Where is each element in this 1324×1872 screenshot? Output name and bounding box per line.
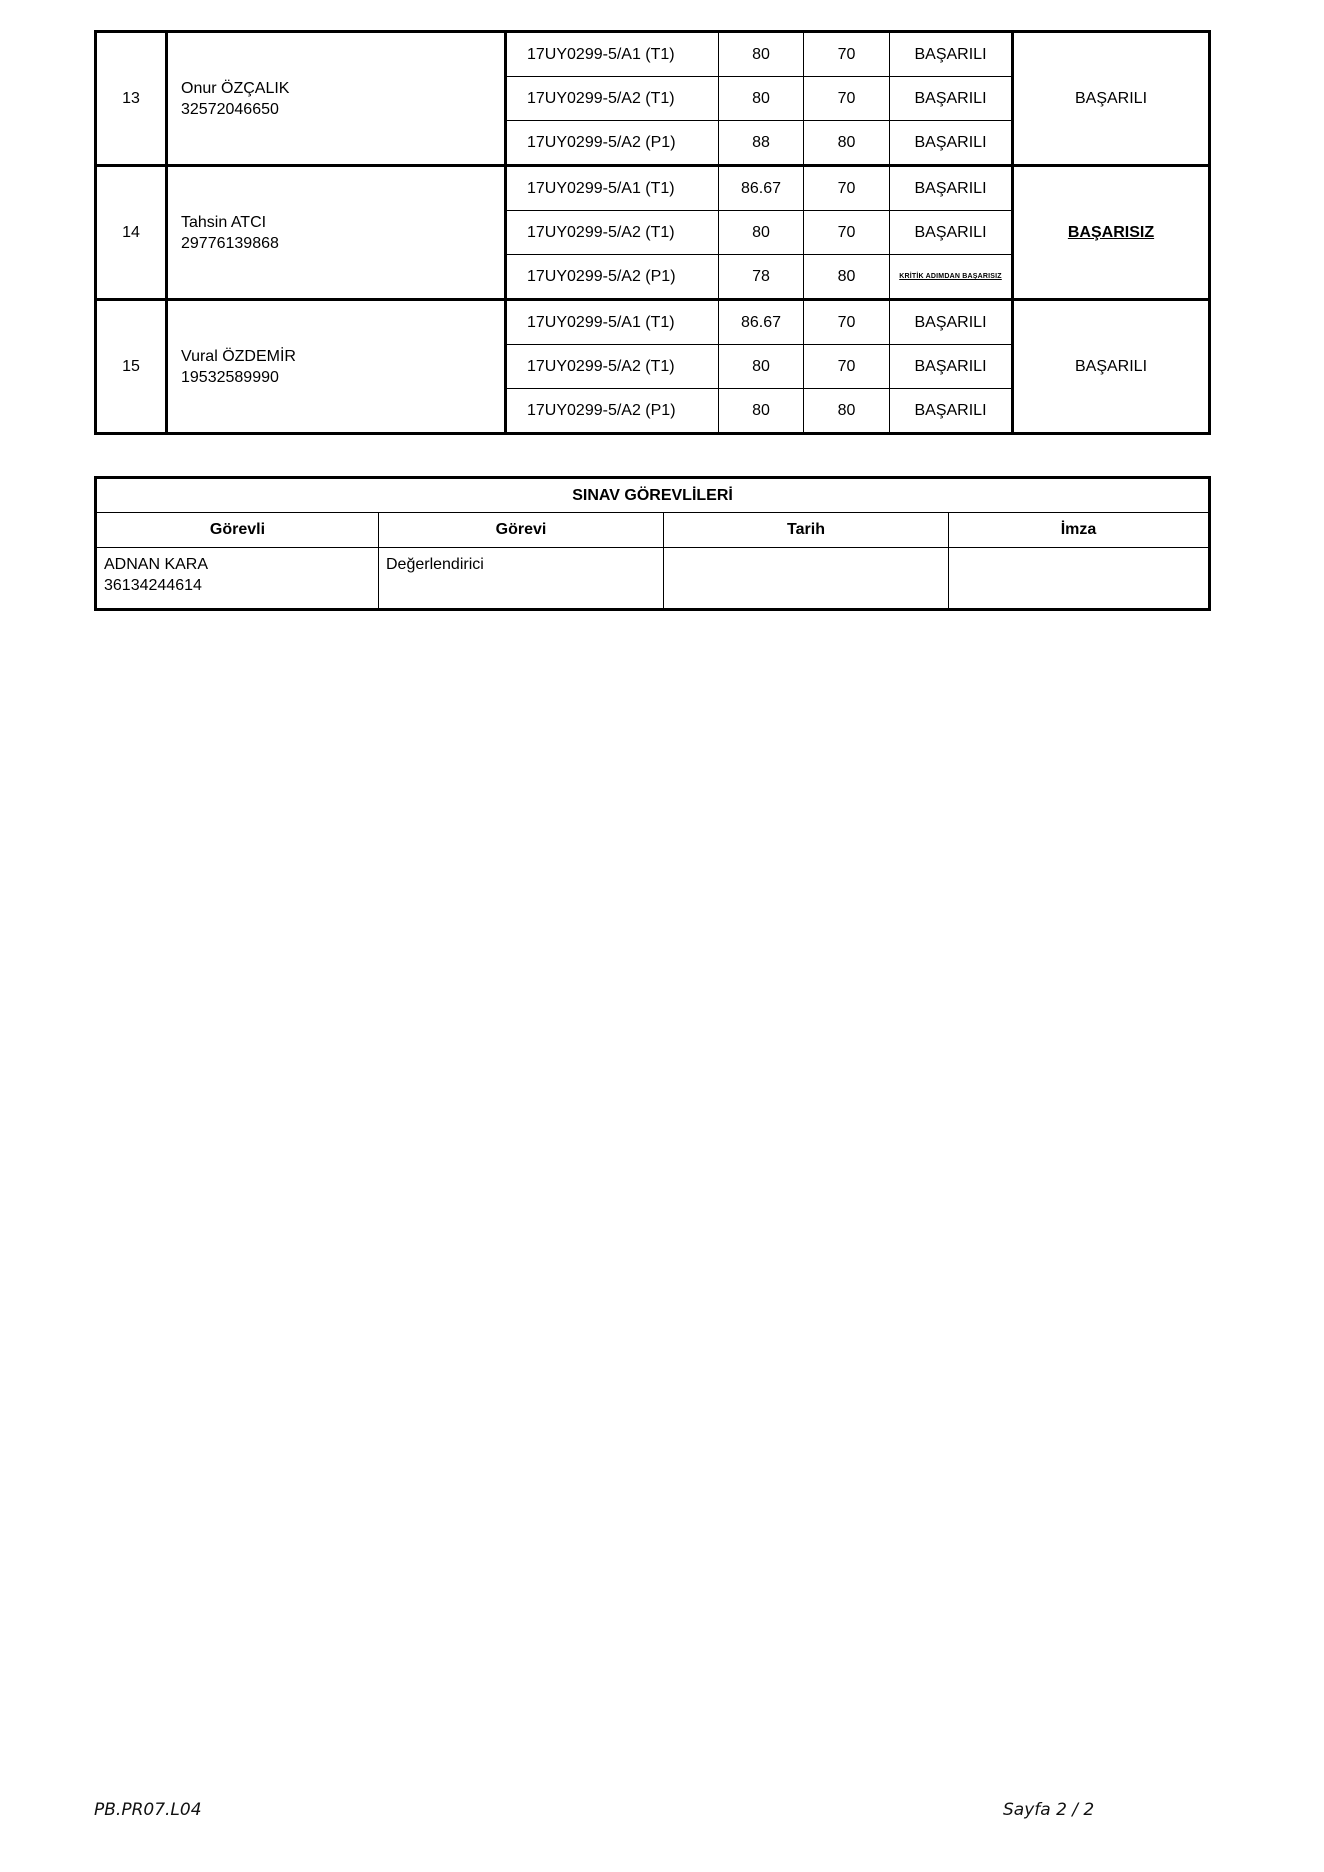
unit-score: 80 [719,389,804,434]
candidate-cell: Tahsin ATCI29776139868 [167,166,506,300]
unit-code: 17UY0299-5/A1 (T1) [506,166,719,211]
unit-row: 15Vural ÖZDEMİR1953258999017UY0299-5/A1 … [96,300,1210,345]
unit-threshold: 70 [804,32,890,77]
unit-code: 17UY0299-5/A2 (P1) [506,389,719,434]
page-number: Sayfa 2 / 2 [1003,1800,1094,1820]
unit-score: 86.67 [719,166,804,211]
candidate-number: 14 [96,166,167,300]
unit-score: 78 [719,255,804,300]
unit-threshold: 80 [804,389,890,434]
unit-result: BAŞARILI [890,300,1013,345]
candidate-id: 32572046650 [181,99,504,120]
unit-result: BAŞARILI [890,32,1013,77]
unit-threshold: 70 [804,345,890,389]
staff-row: ADNAN KARA 36134244614 Değerlendirici [96,548,1210,610]
unit-threshold: 70 [804,300,890,345]
unit-score: 80 [719,32,804,77]
unit-score: 80 [719,77,804,121]
unit-threshold: 80 [804,121,890,166]
unit-result: BAŞARILI [890,166,1013,211]
staff-signature-cell [949,548,1210,610]
unit-code: 17UY0299-5/A2 (P1) [506,121,719,166]
candidate-cell: Onur ÖZÇALIK32572046650 [167,32,506,166]
unit-threshold: 70 [804,77,890,121]
unit-threshold: 70 [804,166,890,211]
unit-code: 17UY0299-5/A2 (P1) [506,255,719,300]
unit-score: 80 [719,345,804,389]
staff-officer-name: ADNAN KARA [104,554,378,575]
staff-header-date: Tarih [664,513,949,548]
staff-header-duty: Görevi [379,513,664,548]
candidate-number: 15 [96,300,167,434]
unit-threshold: 70 [804,211,890,255]
exam-staff-table: SINAV GÖREVLİLERİ Görevli Görevi Tarih İ… [94,476,1211,611]
unit-result: KRİTİK ADIMDAN BAŞARISIZ [890,255,1013,300]
candidate-id: 29776139868 [181,233,504,254]
unit-score: 86.67 [719,300,804,345]
unit-score: 88 [719,121,804,166]
unit-code: 17UY0299-5/A2 (T1) [506,77,719,121]
unit-code: 17UY0299-5/A2 (T1) [506,211,719,255]
overall-result: BAŞARISIZ [1013,166,1210,300]
unit-threshold: 80 [804,255,890,300]
unit-row: 14Tahsin ATCI2977613986817UY0299-5/A1 (T… [96,166,1210,211]
candidate-name: Vural ÖZDEMİR [181,346,504,367]
staff-officer-id: 36134244614 [104,575,378,596]
candidate-number: 13 [96,32,167,166]
unit-code: 17UY0299-5/A1 (T1) [506,32,719,77]
staff-officer-cell: ADNAN KARA 36134244614 [96,548,379,610]
unit-result: BAŞARILI [890,121,1013,166]
unit-code: 17UY0299-5/A1 (T1) [506,300,719,345]
unit-result: BAŞARILI [890,389,1013,434]
candidate-name: Tahsin ATCI [181,212,504,233]
form-code: PB.PR07.L04 [94,1800,202,1820]
staff-header-officer: Görevli [96,513,379,548]
overall-result: BAŞARILI [1013,32,1210,166]
results-table: 13Onur ÖZÇALIK3257204665017UY0299-5/A1 (… [94,30,1211,435]
staff-header-signature: İmza [949,513,1210,548]
unit-score: 80 [719,211,804,255]
unit-row: 13Onur ÖZÇALIK3257204665017UY0299-5/A1 (… [96,32,1210,77]
staff-duty-cell: Değerlendirici [379,548,664,610]
unit-result: BAŞARILI [890,345,1013,389]
unit-result: BAŞARILI [890,211,1013,255]
candidate-id: 19532589990 [181,367,504,388]
staff-table-title: SINAV GÖREVLİLERİ [96,478,1210,513]
candidate-name: Onur ÖZÇALIK [181,78,504,99]
staff-date-cell [664,548,949,610]
unit-result: BAŞARILI [890,77,1013,121]
overall-result: BAŞARILI [1013,300,1210,434]
candidate-cell: Vural ÖZDEMİR19532589990 [167,300,506,434]
unit-code: 17UY0299-5/A2 (T1) [506,345,719,389]
